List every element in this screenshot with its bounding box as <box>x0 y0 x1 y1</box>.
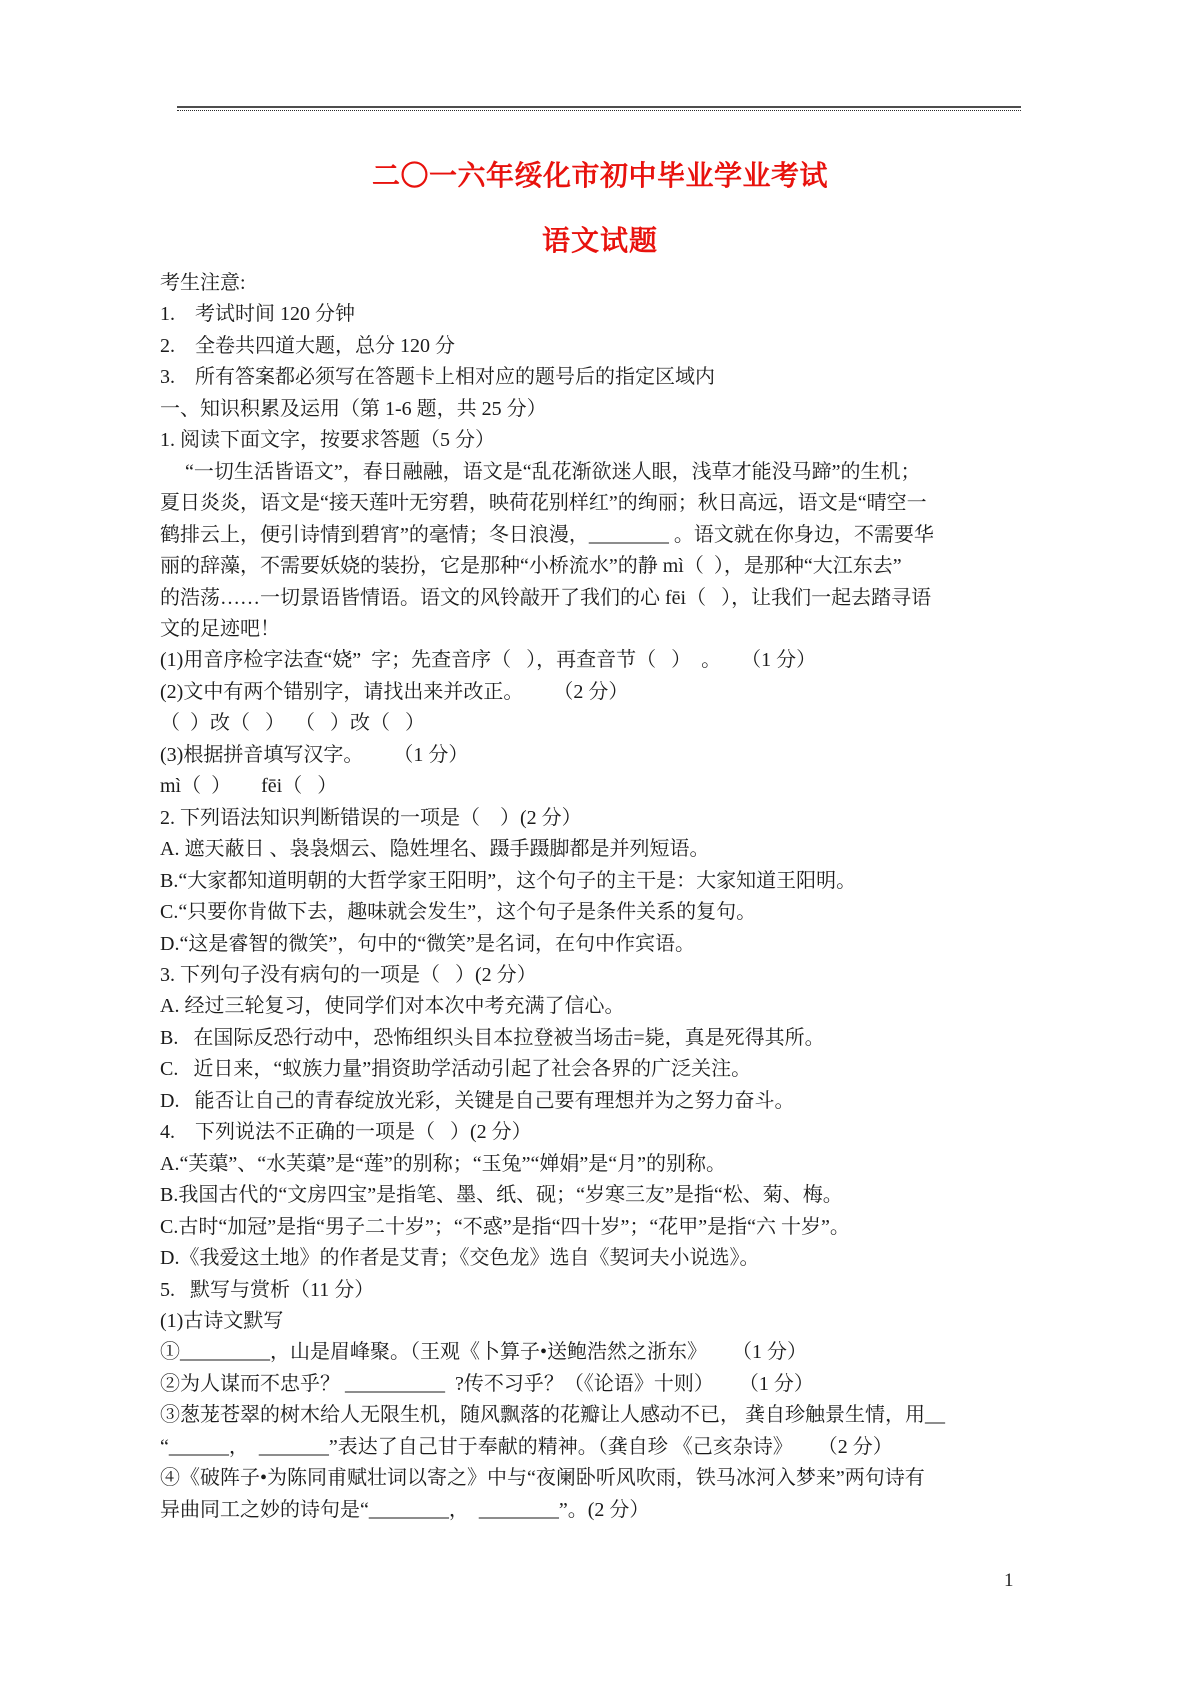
text-line: C. 近日来，“蚁族力量”捐资助学活动引起了社会各界的广泛关注。 <box>160 1054 1060 1085</box>
text-line: A.“芙蕖”、“水芙蕖”是“莲”的别称；“玉兔”“婵娟”是“月”的别称。 <box>160 1149 1060 1180</box>
text-line: ②为人谋而不忠乎？ __________ ?传不习乎？（《论语》十则） （1 分… <box>160 1369 1060 1400</box>
text-line: 一、知识积累及运用（第 1-6 题，共 25 分） <box>160 394 1060 425</box>
text-line: (1)用音序检字法查“娆” 字；先查音序（ ），再查音节（ ） 。 （1 分） <box>160 645 1060 676</box>
page-number: 1 <box>1004 1570 1014 1592</box>
text-line: (3)根据拼音填写汉字。 （1 分） <box>160 740 1060 771</box>
text-line: “一切生活皆语文”，春日融融，语文是“乱花渐欲迷人眼，浅草才能没马蹄”的生机； <box>160 457 1060 488</box>
text-line: 夏日炎炎，语文是“接天莲叶无穷碧，映荷花别样红”的绚丽；秋日高远，语文是“晴空一 <box>160 488 1060 519</box>
text-line: 5. 默写与赏析（11 分） <box>160 1275 1060 1306</box>
text-line: 3. 下列句子没有病句的一项是（ ）(2 分） <box>160 960 1060 991</box>
exam-paper-page: 二〇一六年绥化市初中毕业学业考试 语文试题 考生注意:1. 考试时间 120 分… <box>0 0 1200 1698</box>
text-line: ④《破阵子•为陈同甫赋壮词以寄之》中与“夜阑卧听风吹雨，铁马冰河入梦来”两句诗有 <box>160 1463 1060 1494</box>
text-line: C.“只要你肯做下去，趣味就会发生”，这个句子是条件关系的复句。 <box>160 897 1060 928</box>
text-line: 2. 全卷共四道大题，总分 120 分 <box>160 331 1060 362</box>
text-line: 1. 考试时间 120 分钟 <box>160 299 1060 330</box>
exam-body-text: 考生注意:1. 考试时间 120 分钟2. 全卷共四道大题，总分 120 分3.… <box>160 268 1060 1526</box>
text-line: 丽的辞藻，不需要妖娆的装扮，它是那种“小桥流水”的静 mì（ ），是那种“大江东… <box>160 551 1060 582</box>
text-line: “______， _______”表达了自己甘于奉献的精神。（龚自珍 《己亥杂诗… <box>160 1432 1060 1463</box>
text-line: 考生注意: <box>160 268 1060 299</box>
text-line: C.古时“加冠”是指“男子二十岁”；“不惑”是指“四十岁”；“花甲”是指“六 十… <box>160 1212 1060 1243</box>
text-line: ③葱茏苍翠的树木给人无限生机，随风飘落的花瓣让人感动不已， 龚自珍触景生情，用_… <box>160 1400 1060 1431</box>
exam-subtitle: 语文试题 <box>0 219 1200 259</box>
text-line: mì（ ） fēi（ ） <box>160 771 1060 802</box>
text-line: 文的足迹吧！ <box>160 614 1060 645</box>
text-line: B.“大家都知道明朝的大哲学家王阳明”，这个句子的主干是：大家知道王阳明。 <box>160 866 1060 897</box>
header-rule <box>177 106 1021 111</box>
exam-title: 二〇一六年绥化市初中毕业学业考试 <box>0 154 1200 194</box>
text-line: 3. 所有答案都必须写在答题卡上相对应的题号后的指定区域内 <box>160 362 1060 393</box>
text-line: A. 遮天蔽日 、袅袅烟云、隐姓埋名、蹑手蹑脚都是并列短语。 <box>160 834 1060 865</box>
text-line: 4. 下列说法不正确的一项是（ ）(2 分） <box>160 1117 1060 1148</box>
text-line: D.《我爱这土地》的作者是艾青；《交色龙》选自《契诃夫小说选》。 <box>160 1243 1060 1274</box>
text-line: （ ）改（ ） （ ）改（ ） <box>160 708 1060 739</box>
text-line: D.“这是睿智的微笑”，句中的“微笑”是名词，在句中作宾语。 <box>160 929 1060 960</box>
text-line: (2)文中有两个错别字，请找出来并改正。 （2 分） <box>160 677 1060 708</box>
text-line: A. 经过三轮复习，使同学们对本次中考充满了信心。 <box>160 991 1060 1022</box>
text-line: 1. 阅读下面文字，按要求答题（5 分） <box>160 425 1060 456</box>
text-line: B. 在国际反恐行动中，恐怖组织头目本拉登被当场击=毙，真是死得其所。 <box>160 1023 1060 1054</box>
text-line: 鹤排云上，便引诗情到碧宵”的毫情；冬日浪漫，________ 。语文就在你身边，… <box>160 520 1060 551</box>
text-line: ①_________，山是眉峰聚。（王观《卜算子•送鲍浩然之浙东》 （1 分） <box>160 1337 1060 1368</box>
text-line: 异曲同工之妙的诗句是“________， ________”。(2 分） <box>160 1495 1060 1526</box>
text-line: 2. 下列语法知识判断错误的一项是（ ）(2 分） <box>160 803 1060 834</box>
text-line: (1)古诗文默写 <box>160 1306 1060 1337</box>
text-line: 的浩荡……一切景语皆情语。语文的风铃敲开了我们的心 fēi（ ），让我们一起去踏… <box>160 583 1060 614</box>
text-line: D. 能否让自己的青春绽放光彩，关键是自己要有理想并为之努力奋斗。 <box>160 1086 1060 1117</box>
text-line: B.我国古代的“文房四宝”是指笔、墨、纸、砚；“岁寒三友”是指“松、菊、梅。 <box>160 1180 1060 1211</box>
